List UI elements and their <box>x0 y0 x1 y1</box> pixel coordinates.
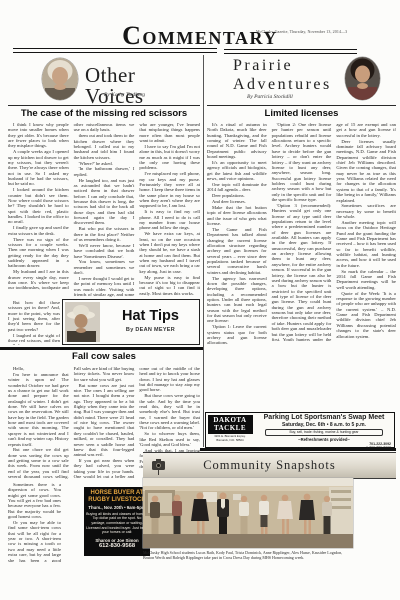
paragraph: I finally gave up and used the extra sci… <box>8 225 69 236</box>
newspaper-page: McClusky Gazette, Thursday, November 13,… <box>0 0 400 600</box>
paragraph: The Game and Fish Department has talked … <box>207 227 267 275</box>
paragraph: Another meeting topic will focus on the … <box>336 220 396 268</box>
masthead-rule-right <box>224 49 357 54</box>
dakota-tackle-logo: DAKOTA TACKLE <box>208 415 253 435</box>
columnist-photo-patricia <box>345 57 380 100</box>
paragraph: Sometimes sacrifices are necessary by so… <box>336 203 396 219</box>
group-photo-students-icon <box>143 478 353 548</box>
paragraph: But who put the scissors in there in the… <box>74 226 135 242</box>
paragraph: them out and took them to the kitchen dr… <box>74 133 135 160</box>
other-voices-header: Other Voices By Kathy Tiedberg <box>8 55 200 106</box>
paragraph: Deer populations. <box>207 193 267 198</box>
paragraph: Hello, <box>8 366 69 371</box>
paragraph: I think I know why people move into smal… <box>8 122 69 149</box>
paragraph: 'In the bathroom drawer,' I replied. <box>74 166 135 177</box>
community-photo-caption: McClusky High School students Lucas Rath… <box>143 550 351 560</box>
other-voices-body-continued: But how did those scissors get in there?… <box>8 300 60 345</box>
portrait-woman-icon <box>42 58 78 100</box>
horse-buyer-ad: HORSE BUYER AT RUGBY LIVESTOCK Thurs., N… <box>84 487 150 556</box>
paragraph: Or you may be able to find some short-te… <box>8 520 61 562</box>
prairie-adventures-body: It's a ritual of autumn in North Dakota,… <box>207 122 396 409</box>
paragraph: He laughed too, and was just as astounde… <box>74 178 135 226</box>
paragraph: I'm here to announce that winter is upon… <box>8 372 69 447</box>
paragraph: 'Option 1: Leave the current system stat… <box>207 324 267 345</box>
swap-meet-headline: Parking Lot Sportsman's Swap Meet <box>257 414 391 421</box>
hat-tips-box: Hat Tips By DEAN MEYER <box>62 299 200 345</box>
portrait-woman-icon <box>345 57 380 100</box>
paragraph: Make that the hot button topic of deer l… <box>207 205 267 226</box>
paragraph: You know, sometimes we remember and some… <box>74 259 135 275</box>
swap-meet-refreshments: ~Refreshments provided~ <box>257 437 391 442</box>
paragraph: So mark the calendar – the 2014 fall Gam… <box>336 269 396 290</box>
dakota-tackle-address: 3201 E. Bismarck Expwy. Bismarck, N.D. 5… <box>208 435 253 442</box>
paragraph: But those cows were going to the sale. A… <box>139 393 200 431</box>
paragraph: I've misplaced my cell phone, my car key… <box>139 171 200 209</box>
hat-tips-titleblock: Hat Tips By DEAN MEYER <box>102 300 199 344</box>
community-photo <box>143 478 353 548</box>
column-divider <box>203 55 204 447</box>
paragraph: We'll never know, because I have conclud… <box>74 243 135 259</box>
horse-ad-contact: Sharon or Joe Simon <box>86 538 148 543</box>
other-voices-byline: By Kathy Tiedberg <box>104 92 145 98</box>
section-rule-left <box>0 347 203 350</box>
paragraph: So to whoever buys them, like Red Skelto… <box>139 431 200 447</box>
hat-tips-byline: By DEAN MEYER <box>102 327 199 333</box>
paragraph: I have to say I'm glad I'm not alone in … <box>139 144 200 171</box>
columnist-photo-kathy <box>42 58 78 100</box>
paragraph: A couple weeks ago I opened up my kitche… <box>8 149 69 187</box>
horse-ad-body: Buying all kinds and classes of horses. … <box>86 512 148 535</box>
paragraph: It's a ritual of autumn in North Dakota,… <box>207 122 267 160</box>
prairie-adventures-title: Prairie Adventures <box>233 56 332 94</box>
horse-ad-datetime: Thurs., Nov. 20th • 9am-5pm <box>86 505 148 510</box>
horse-ad-title-line1: HORSE BUYER AT <box>86 490 148 497</box>
paragraph: And deer licenses. <box>207 199 267 204</box>
masthead-title: Commentary <box>90 23 310 49</box>
swap-meet-datetime: Saturday, Dec. 6th • 8 a.m. to 5 p.m. <box>257 422 391 428</box>
other-voices-title: Other Voices <box>85 65 200 107</box>
paragraph: The agency has narrowed down the possibl… <box>207 276 267 324</box>
other-voices-headline: The case of the missing red scissors <box>8 109 200 119</box>
horse-ad-phone: 612-830-9568 <box>86 543 148 549</box>
fall-cow-sales-body-continued: Sometimes there is a dispersion of cows.… <box>8 482 61 562</box>
paragraph: Quote of the Week: 'It is a response to … <box>336 291 396 339</box>
portrait-cowboy-icon <box>65 302 100 342</box>
community-snapshots-banner: Community Snapshots <box>143 452 396 479</box>
paragraph: But some cows are just not nice. The one… <box>74 383 135 458</box>
prairie-adventures-header: Prairie Adventures By Patricia Stockdill <box>207 55 396 106</box>
fall-cow-sales-headline: Fall cow sales <box>8 352 200 362</box>
dakota-tackle-ad: DAKOTA TACKLE 3201 E. Bismarck Expwy. Bi… <box>205 412 395 448</box>
paragraph: Sometimes there is a dispersion of cows.… <box>8 482 61 520</box>
paragraph: There was no sign of the scissors for a … <box>8 237 69 269</box>
community-snapshots-title: Community Snapshots <box>143 459 396 472</box>
prairie-adventures-headline: Limited licenses <box>207 109 396 119</box>
paragraph: We have extra car keys, at least, so on … <box>139 231 200 274</box>
paragraph: 'Where?' he asked. <box>74 161 135 166</box>
paragraph: 'Option 2: One deer license per hunter p… <box>272 122 332 202</box>
section-rule-right <box>200 448 396 451</box>
camera-icon <box>150 456 168 475</box>
columnist-photo-dean <box>65 302 100 342</box>
paragraph: But how did those scissors get in there?… <box>8 300 60 332</box>
other-voices-body: I think I know why people move into smal… <box>8 122 200 298</box>
masthead-rule-left <box>13 48 217 53</box>
paragraph: Deer licenses usually dominate fall advi… <box>336 139 396 203</box>
horse-ad-title-line2: RUGBY LIVESTOCK <box>86 497 148 504</box>
hat-tips-title: Hat Tips <box>102 309 199 324</box>
dakota-tackle-copy: Parking Lot Sportsman's Swap Meet Saturd… <box>254 413 394 447</box>
paragraph: One topic will dominate the 2014 fall ag… <box>207 182 267 193</box>
paragraph: I looked around the kitchen counter but … <box>8 187 69 225</box>
paragraph: It's an opportunity to meet agency offic… <box>207 160 267 181</box>
swap-meet-items: Buy, sell, trade: fishing, marine & hunt… <box>265 429 383 436</box>
prairie-adventures-byline: By Patricia Stockdill <box>247 94 293 100</box>
paragraph: My purse is easy to find because it's to… <box>139 275 200 296</box>
dakota-tackle-brand-block: DAKOTA TACKLE 3201 E. Bismarck Expwy. Bi… <box>206 413 254 447</box>
paragraph: I laughed at the sight of those red scis… <box>8 333 60 345</box>
paragraph: It is easy to find my cell phone. All I … <box>139 209 200 230</box>
